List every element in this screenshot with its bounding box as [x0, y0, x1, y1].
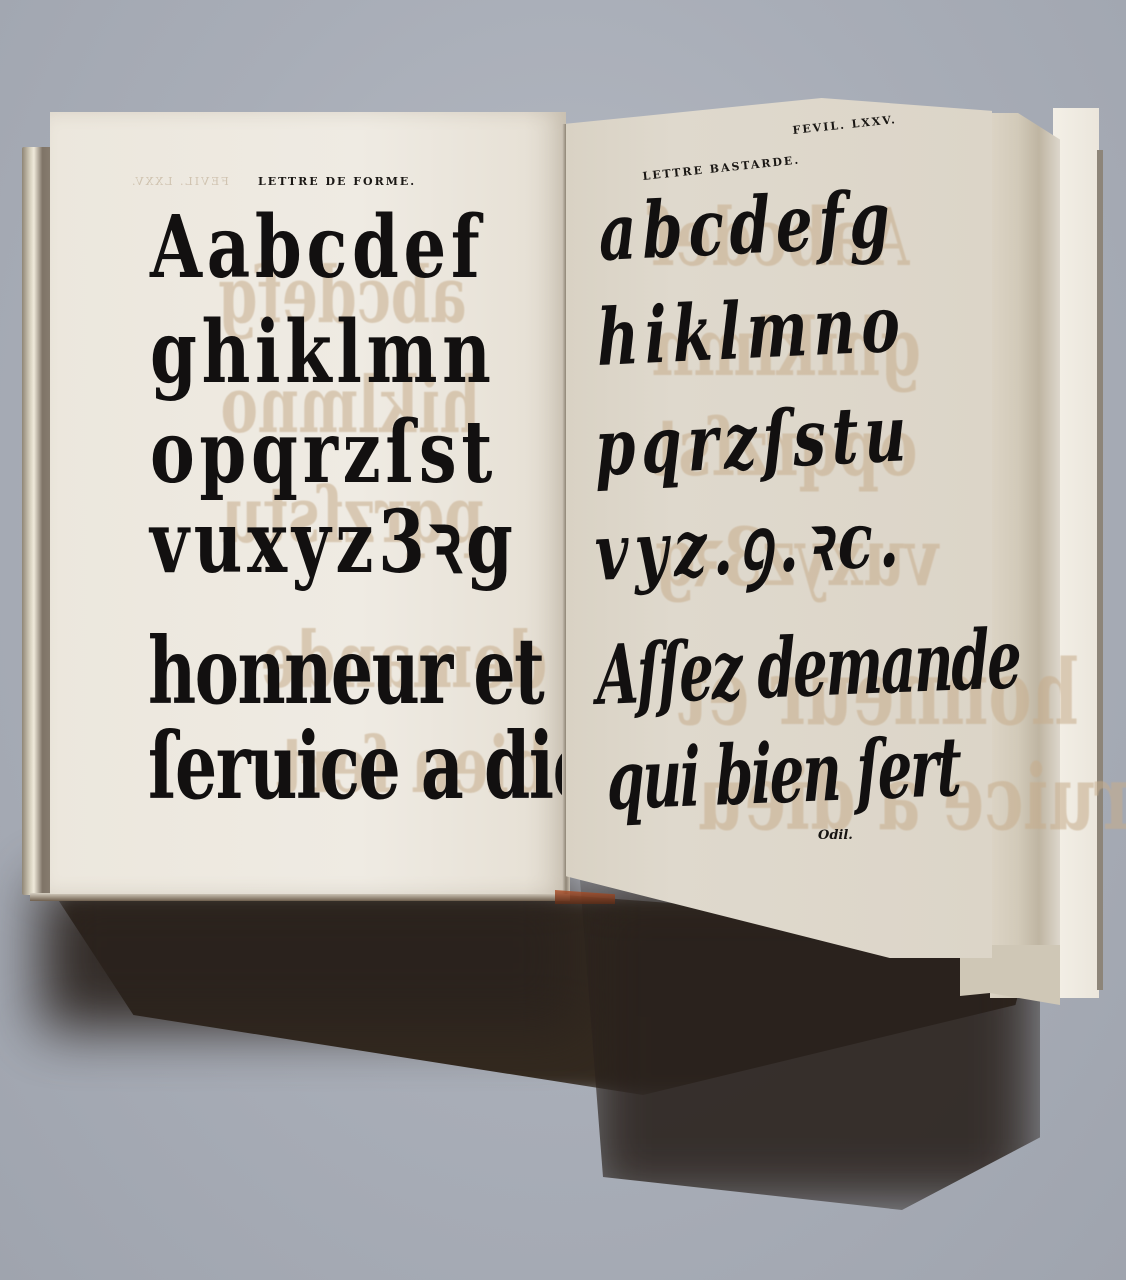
right-motto-line-1: Aſſez demande — [596, 618, 1020, 717]
left-page-stack — [30, 893, 570, 901]
right-page-stack — [990, 113, 1060, 998]
left-motto-line-1: honneur et — [148, 625, 543, 717]
right-alphabet-row-1: abcdefg — [598, 181, 896, 273]
left-alphabet-row-1: Aabcdef — [150, 205, 484, 291]
left-page-header: LETTRE DE FORME. — [258, 175, 416, 188]
right-motto-line-2: qui bien ſert — [606, 726, 960, 822]
right-alphabet-row-3: pqrzſstu — [594, 395, 913, 488]
right-alphabet-row-2: hiklmno — [596, 285, 907, 378]
left-ghost-header: FEVIL. LXXV. — [130, 175, 229, 188]
artist-signature: Odil. — [818, 828, 853, 843]
left-alphabet-row-3: opqrzſst — [150, 410, 497, 496]
book-shadow-left — [40, 880, 580, 1030]
left-alphabet-row-4: vuxyz3ꝛg — [150, 500, 518, 586]
back-cover-edge — [1097, 150, 1103, 990]
photo-scene: FEVIL. LXXV. LETTRE DE FORME. abcdefg hi… — [0, 0, 1126, 1280]
left-alphabet-row-2: ghiklmn — [150, 310, 496, 396]
right-alphabet-row-4: vyz.ꝯ.ꝛc. — [594, 500, 906, 593]
